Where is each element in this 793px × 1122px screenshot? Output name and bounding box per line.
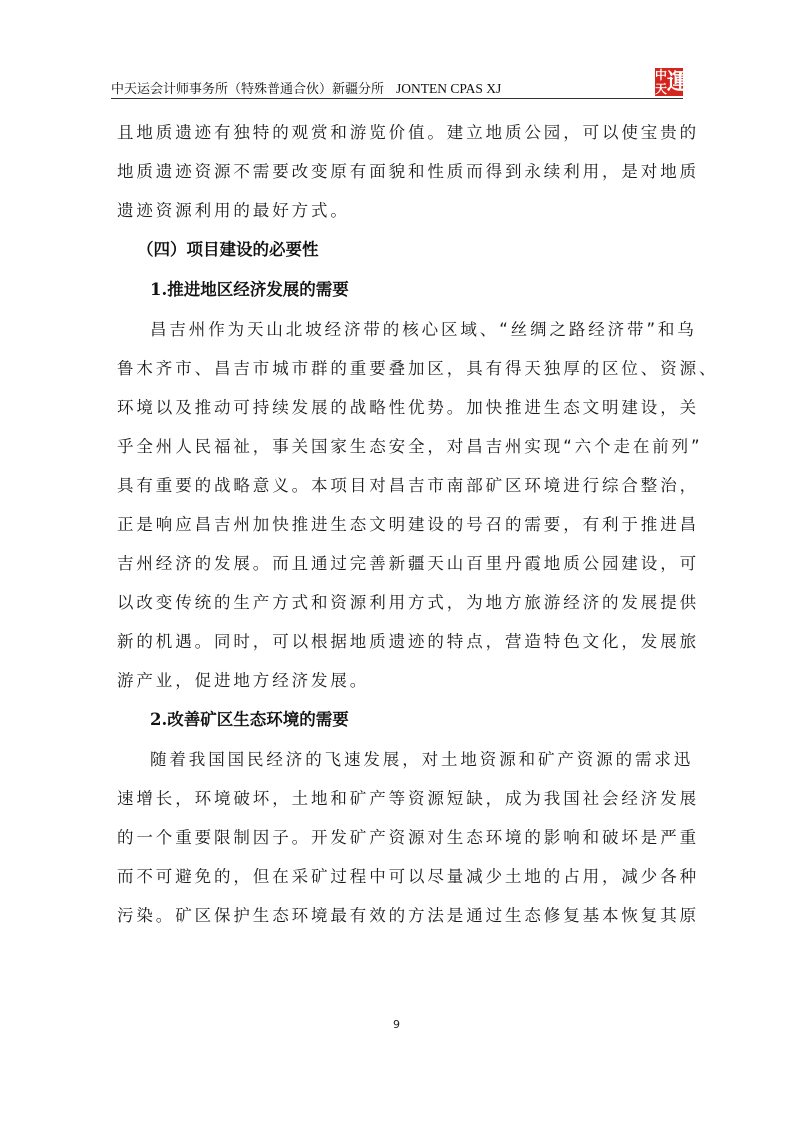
paragraph-line: 鲁木齐市、昌吉市城市群的重要叠加区，具有得天独厚的区位、资源、 bbox=[117, 349, 687, 388]
paragraph-line: 以改变传统的生产方式和资源利用方式，为地方旅游经济的发展提供 bbox=[117, 583, 687, 622]
paragraph-line: 新的机遇。同时，可以根据地质遗迹的特点，营造特色文化，发展旅 bbox=[117, 622, 687, 661]
paragraph-line: 且地质遗迹有独特的观赏和游览价值。建立地质公园，可以使宝贵的 bbox=[117, 113, 687, 152]
firm-name-cn: 中天运会计师事务所（特殊普通合伙）新疆分所 bbox=[111, 82, 384, 97]
page-header: 中天运会计师事务所（特殊普通合伙）新疆分所JONTEN CPAS XJ 中 運 … bbox=[111, 68, 683, 99]
logo-char-2: 天 bbox=[655, 82, 667, 96]
header-text: 中天运会计师事务所（特殊普通合伙）新疆分所JONTEN CPAS XJ bbox=[111, 78, 501, 97]
paragraph-line: 而不可避免的，但在采矿过程中可以尽量减少土地的占用，减少各种 bbox=[117, 857, 687, 896]
paragraph-line: 正是响应昌吉州加快推进生态文明建设的号召的需要，有利于推进昌 bbox=[117, 505, 687, 544]
paragraph-line: 速增长，环境破坏，土地和矿产等资源短缺，成为我国社会经济发展 bbox=[117, 779, 687, 818]
paragraph-line: 的一个重要限制因子。开发矿产资源对生态环境的影响和破坏是严重 bbox=[117, 818, 687, 857]
paragraph-line: 乎全州人民福祉，事关国家生态安全，对昌吉州实现“六个走在前列” bbox=[117, 427, 687, 466]
section-heading: （四）项目建设的必要性 bbox=[117, 230, 687, 270]
paragraph-line: 昌吉州作为天山北坡经济带的核心区域、“丝绸之路经济带”和乌 bbox=[117, 310, 687, 349]
page-number: 9 bbox=[0, 1018, 793, 1031]
firm-name-en: JONTEN CPAS XJ bbox=[396, 81, 501, 96]
logo-char-3: 運 bbox=[667, 68, 689, 96]
paragraph-line: 具有重要的战略意义。本项目对昌吉市南部矿区环境进行综合整治， bbox=[117, 466, 687, 505]
firm-logo: 中 運 天 bbox=[655, 68, 683, 96]
paragraph-line: 游产业，促进地方经济发展。 bbox=[117, 661, 687, 700]
paragraph-line: 随着我国国民经济的飞速发展，对土地资源和矿产资源的需求迅 bbox=[117, 740, 687, 779]
logo-char-1: 中 bbox=[655, 68, 667, 82]
paragraph-line: 污染。矿区保护生态环境最有效的方法是通过生态修复基本恢复其原 bbox=[117, 896, 687, 935]
subsection-heading: 2.改善矿区生态环境的需要 bbox=[117, 700, 687, 740]
document-body: 且地质遗迹有独特的观赏和游览价值。建立地质公园，可以使宝贵的 地质遗迹资源不需要… bbox=[117, 113, 687, 935]
paragraph-line: 地质遗迹资源不需要改变原有面貌和性质而得到永续利用，是对地质 bbox=[117, 152, 687, 191]
paragraph-line: 吉州经济的发展。而且通过完善新疆天山百里丹霞地质公园建设，可 bbox=[117, 544, 687, 583]
paragraph-line: 遗迹资源利用的最好方式。 bbox=[117, 191, 687, 230]
subsection-heading: 1.推进地区经济发展的需要 bbox=[117, 270, 687, 310]
paragraph-line: 环境以及推动可持续发展的战略性优势。加快推进生态文明建设，关 bbox=[117, 388, 687, 427]
